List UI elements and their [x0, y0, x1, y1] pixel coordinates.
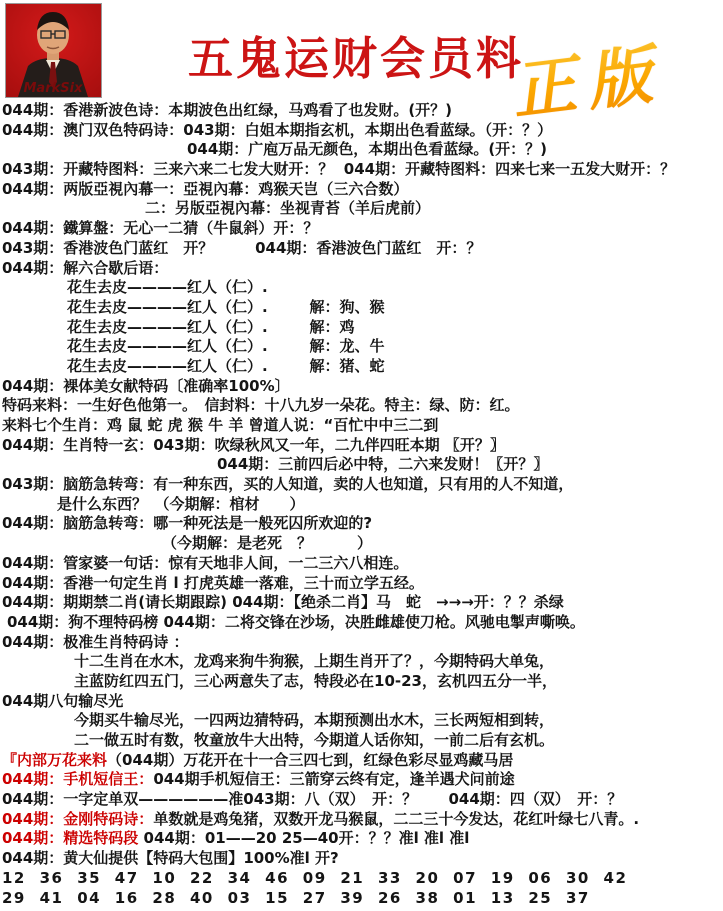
text-segment: 044期：三前四后必中特，二六来发财！〖开？〗	[217, 455, 548, 473]
text-segment: 044期：澳门双色特码诗：043期：白姐本期指玄机，本期出色看蓝绿。（开：？）	[2, 121, 552, 139]
publisher-photo: MarkSix	[5, 3, 102, 98]
text-line: （今期解：是老死 ？ ）	[2, 534, 723, 554]
text-segment: 特码来料：一生好色他第一。 信封料：十八九岁一朵花。特主：绿、防：红。	[2, 396, 520, 414]
text-line: 044期：手机短信王：044期手机短信王：三箭穿云终有定，逢羊遇犬问前途	[2, 770, 723, 790]
text-line: 044期：鐵算盤：无心一二猜（牛鼠斜）开：？	[2, 219, 723, 239]
text-segment: 二一做五时有数，牧童放牛大出特，今期道人话你知，一前二后有玄机。	[74, 731, 554, 749]
text-segment: 044期：狗不理特码榜 044期：二将交锋在沙场，决胜雌雄使刀枪。风驰电掣声嘶唤…	[7, 613, 585, 631]
text-line: 044期：香港一句定生肖 l 打虎英雄一落难，三十而立学五经。	[2, 574, 723, 594]
text-line: 二一做五时有数，牧童放牛大出特，今期道人话你知，一前二后有玄机。	[2, 731, 723, 751]
text-line: 花生去皮————红人（仁）. 解：狗、猴	[2, 298, 723, 318]
page: { "header": { "title": "五鬼运财会员料", "title…	[0, 0, 723, 911]
text-line: 044期：广庖万品无颜色，本期出色看蓝绿。(开：？)	[2, 140, 723, 160]
text-segment: 044期：香港一句定生肖 l 打虎英雄一落难，三十而立学五经。	[2, 574, 424, 592]
text-segment: 043期：香港波色门蓝红 开？ 044期：香港波色门蓝红 开：？	[2, 239, 481, 257]
text-line: 044期：脑筋急转弯：哪一种死法是一般死囚所欢迎的?	[2, 514, 723, 534]
text-line: 044期：期期禁二肖(请长期跟踪) 044期：【绝杀二肖】马 蛇 →→→开：？？…	[2, 593, 723, 613]
text-line: 044期：狗不理特码榜 044期：二将交锋在沙场，决胜雌雄使刀枪。风驰电掣声嘶唤…	[2, 613, 723, 633]
text-line: 044期八句输尽光	[2, 692, 723, 712]
text-line: 二：另版亞視內幕：坐视青苔（羊后虎前）	[2, 199, 723, 219]
text-segment: 花生去皮————红人（仁）.	[67, 278, 268, 296]
text-segment: 花生去皮————红人（仁）. 解：龙、牛	[67, 337, 384, 355]
text-segment: 花生去皮————红人（仁）. 解：猪、蛇	[67, 357, 384, 375]
red-label-segment: 044期：手机短信王：	[2, 770, 153, 788]
text-segment: 044期：广庖万品无颜色，本期出色看蓝绿。(开：？)	[187, 140, 547, 158]
text-line: 044期：解六合歇后语：	[2, 259, 723, 279]
text-segment: 044期：裸体美女献特码〔准确率100%〕	[2, 377, 290, 395]
text-segment: 今期买牛输尽光，一四两边猜特码，本期预测出水木，三长两短相到转，	[74, 711, 554, 729]
text-segment: 044期：香港新波色诗：本期波色出红绿，马鸡看了也发财。(开？)	[2, 101, 452, 119]
text-line: 044期：极准生肖特码诗 ：	[2, 633, 723, 653]
page-title: 五鬼运财会员料	[188, 22, 528, 87]
text-line: 044期：黄大仙提供【特码大包围】100%准l 开?	[2, 849, 723, 869]
text-segment: 主蓝防红四五门，三心两意失了志，特段必在10-23，玄机四五分一半，	[74, 672, 557, 690]
text-line: 044期：两版亞視內幕一：亞視內幕：鸡猴天岂（三六合数）	[2, 180, 723, 200]
red-label-segment: 044期：精选特码段	[2, 829, 138, 847]
text-segment: 043期：开藏特图料：三来六来二七发大财开：？ 044期：开藏特图料：四来七来一…	[2, 160, 675, 178]
text-segment: 单数就是鸡兔猪，双数开龙马猴鼠，二二三十今发达，花红叶绿七八青。.	[153, 810, 639, 828]
photo-watermark: MarkSix	[24, 81, 84, 96]
text-segment: 044期：脑筋急转弯：哪一种死法是一般死囚所欢迎的?	[2, 514, 372, 532]
text-segment: 来料七个生肖：鸡 鼠 蛇 虎 猴 牛 羊 曾道人说：“百忙中中三二到	[2, 416, 438, 434]
text-segment: 044期：01——20 25—40开：？？准l 准l 准l	[138, 829, 469, 847]
text-segment: 12 36 35 47 10 22 34 46 09 21 33 20 07 1…	[2, 869, 627, 887]
text-segment: 十二生肖在水木，龙鸡来狗牛狗猴，上期生肖开了？，今期特码大单兔，	[74, 652, 554, 670]
text-line: 044期：一字定单双——————准043期：八（双） 开：？ 044期：四（双）…	[2, 790, 723, 810]
text-line: 044期：精选特码段 044期：01——20 25—40开：？？准l 准l 准l	[2, 829, 723, 849]
text-segment: （今期解：是老死 ？ ）	[162, 534, 372, 552]
text-segment: 044期八句输尽光	[2, 692, 123, 710]
red-label-segment: 044期：金刚特码诗：	[2, 810, 153, 828]
text-line: 十二生肖在水木，龙鸡来狗牛狗猴，上期生肖开了？，今期特码大单兔，	[2, 652, 723, 672]
text-line: 是什么东西？ （今期解：棺材 ）	[2, 495, 723, 515]
text-line: 特码来料：一生好色他第一。 信封料：十八九岁一朵花。特主：绿、防：红。	[2, 396, 723, 416]
text-segment: 044期：极准生肖特码诗 ：	[2, 633, 189, 651]
text-line: 花生去皮————红人（仁）. 解：鸡	[2, 318, 723, 338]
text-segment: 花生去皮————红人（仁）. 解：狗、猴	[67, 298, 384, 316]
text-segment: 044期：黄大仙提供【特码大包围】100%准l 开?	[2, 849, 339, 867]
number-row: 12 36 35 47 10 22 34 46 09 21 33 20 07 1…	[2, 869, 723, 889]
text-line: 044期：裸体美女献特码〔准确率100%〕	[2, 377, 723, 397]
text-segment: 044期：两版亞視內幕一：亞視內幕：鸡猴天岂（三六合数）	[2, 180, 408, 198]
text-line: 043期：香港波色门蓝红 开？ 044期：香港波色门蓝红 开：？	[2, 239, 723, 259]
text-segment: 花生去皮————红人（仁）. 解：鸡	[67, 318, 354, 336]
text-segment: 044期：管家婆一句话：惊有天地非人间，一二三六八相连。	[2, 554, 408, 572]
text-segment: 29 41 04 16 28 40 03 15 27 39 26 38 01 1…	[2, 889, 590, 907]
text-segment: 044期：解六合歇后语：	[2, 259, 168, 277]
content-lines: 044期：香港新波色诗：本期波色出红绿，马鸡看了也发财。(开？)044期：澳门双…	[2, 101, 723, 908]
text-line: 043期：开藏特图料：三来六来二七发大财开：？ 044期：开藏特图料：四来七来一…	[2, 160, 723, 180]
text-line: 花生去皮————红人（仁）.	[2, 278, 723, 298]
publisher-photo-art: MarkSix	[6, 4, 101, 97]
text-segment: 044期手机短信王：三箭穿云终有定，逢羊遇犬问前途	[153, 770, 514, 788]
text-segment: 二：另版亞視內幕：坐视青苔（羊后虎前）	[145, 199, 430, 217]
text-segment: 044期：鐵算盤：无心一二猜（牛鼠斜）开：？	[2, 219, 318, 237]
text-line: 044期：金刚特码诗：单数就是鸡兔猪，双数开龙马猴鼠，二二三十今发达，花红叶绿七…	[2, 810, 723, 830]
number-row: 29 41 04 16 28 40 03 15 27 39 26 38 01 1…	[2, 889, 723, 909]
text-segment: 044期：期期禁二肖(请长期跟踪) 044期：【绝杀二肖】马 蛇 →→→开：？？…	[2, 593, 564, 611]
text-segment: 044期：一字定单双——————准043期：八（双） 开：？ 044期：四（双）…	[2, 790, 622, 808]
text-line: 主蓝防红四五门，三心两意失了志，特段必在10-23，玄机四五分一半，	[2, 672, 723, 692]
text-line: 044期：生肖特一玄：043期：吹绿秋风又一年，二九伴四旺本期 〖开？〗	[2, 436, 723, 456]
text-line: 『内部万花来料（044期）万花开在十一合三四七到，红绿色彩尽显鸡藏马居	[2, 751, 723, 771]
red-label-segment: 『内部万花来料	[2, 751, 107, 769]
text-line: 花生去皮————红人（仁）. 解：龙、牛	[2, 337, 723, 357]
text-segment: （044期）万花开在十一合三四七到，红绿色彩尽显鸡藏马居	[107, 751, 513, 769]
text-line: 043期：脑筋急转弯：有一种东西，买的人知道，卖的人也知道，只有用的人不知道，	[2, 475, 723, 495]
text-segment: 043期：脑筋急转弯：有一种东西，买的人知道，卖的人也知道，只有用的人不知道，	[2, 475, 573, 493]
text-line: 来料七个生肖：鸡 鼠 蛇 虎 猴 牛 羊 曾道人说：“百忙中中三二到	[2, 416, 723, 436]
text-segment: 是什么东西？ （今期解：棺材 ）	[57, 495, 305, 513]
text-line: 044期：三前四后必中特，二六来发财！〖开？〗	[2, 455, 723, 475]
text-segment: 044期：生肖特一玄：043期：吹绿秋风又一年，二九伴四旺本期 〖开？〗	[2, 436, 505, 454]
text-line: 今期买牛输尽光，一四两边猜特码，本期预测出水木，三长两短相到转，	[2, 711, 723, 731]
text-line: 044期：管家婆一句话：惊有天地非人间，一二三六八相连。	[2, 554, 723, 574]
text-line: 花生去皮————红人（仁）. 解：猪、蛇	[2, 357, 723, 377]
